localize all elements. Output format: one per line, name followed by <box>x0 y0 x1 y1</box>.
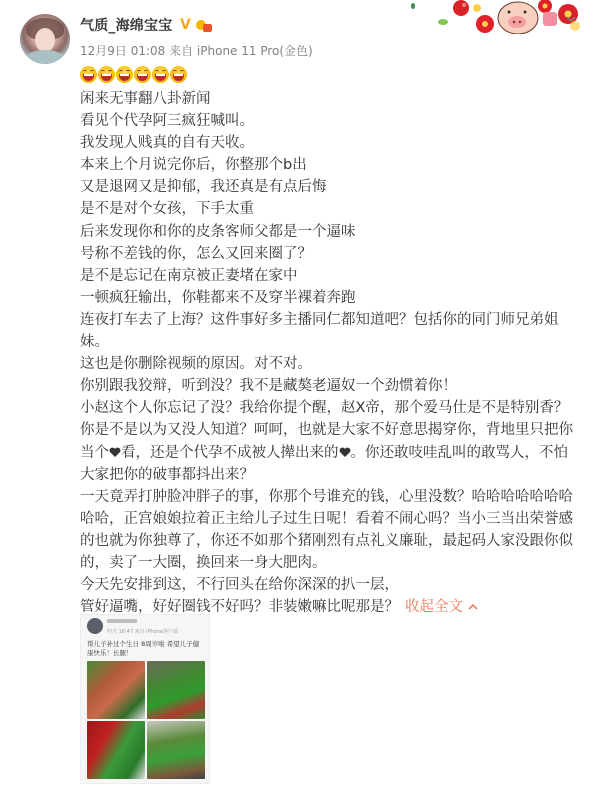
post-line: 看见个代孕阿三疯狂喊叫。 <box>80 110 580 132</box>
attached-screenshot-image[interactable]: 昨天 16:47 来自 iPhone客户端 帮儿子补过个生日 8周岁啦 希望儿子… <box>80 614 210 784</box>
black-heart-icon <box>339 447 351 458</box>
post-header: 气质_海绵宝宝 V <box>80 15 212 35</box>
avatar[interactable] <box>20 14 70 64</box>
pig-flower-decoration-icon <box>405 0 585 34</box>
party-photo <box>87 721 145 779</box>
post-line: 一顿疯狂输出，你鞋都来不及穿半裸着奔跑 <box>80 287 580 309</box>
verified-v-icon: V <box>178 18 192 32</box>
screenshot-meta: 昨天 16:47 来自 iPhone客户端 <box>107 628 178 635</box>
party-photo <box>87 661 145 719</box>
screenshot-text: 帮儿子补过个生日 8周岁啦 希望儿子健康快乐！长腿！ <box>87 640 205 658</box>
collapse-label: 收起全文 <box>405 599 463 615</box>
avatar-face <box>35 28 55 52</box>
chevron-up-icon <box>468 603 478 611</box>
member-badge-icon[interactable] <box>196 18 212 32</box>
laughing-emoji-icon <box>170 66 187 83</box>
laughing-emoji-icon <box>80 66 97 83</box>
black-heart-icon <box>109 447 121 458</box>
post-line: 又是退网又是抑郁，我还真是有点后悔 <box>80 176 580 198</box>
post-line: 是不是忘记在南京被正妻堵在家中 <box>80 265 580 287</box>
username[interactable]: 气质_海绵宝宝 <box>80 15 172 35</box>
emoji-row <box>80 66 187 83</box>
screenshot-photo-grid <box>87 661 205 779</box>
post-paragraph: 小赵这个人你忘记了没？我给你提个醒，赵X帝，那个爱马仕是不是特别香？你是不是以为… <box>80 397 580 485</box>
post-text-segment: 看，还是个代孕不成被人撵出来的 <box>121 445 339 461</box>
avatar-shirt <box>24 50 66 64</box>
post-line: 号称不差钱的你，怎么又回来圈了？ <box>80 243 580 265</box>
post-line: 连夜打车去了上海？这件事好多主播同仁都知道吧？包括你的同门师兄弟姐妹。 <box>80 309 580 353</box>
collapse-full-text-link[interactable]: 收起全文 <box>405 599 478 615</box>
post-line: 本来上个月说完你后，你整那个b出 <box>80 154 580 176</box>
post-text-segment: 管好逼嘴，好好圈钱不好吗？非装嫩嘛比呢那是？ <box>80 599 399 615</box>
laughing-emoji-icon <box>152 66 169 83</box>
laughing-emoji-icon <box>134 66 151 83</box>
laughing-emoji-icon <box>98 66 115 83</box>
post-line: 我发现人贱真的自有天收。 <box>80 132 580 154</box>
post-line: 今天先安排到这，不行回头在给你深深的扒一层， <box>80 574 580 596</box>
post-line: 闲来无事翻八卦新闻 <box>80 88 580 110</box>
post-line: 是不是对个女孩，下手太重 <box>80 198 580 220</box>
party-photo <box>147 721 205 779</box>
post-body: 闲来无事翻八卦新闻 看见个代孕阿三疯狂喊叫。 我发现人贱真的自有天收。 本来上个… <box>80 88 580 618</box>
post-line: 你别跟我狡辩，听到没？我不是藏獒老逼奴一个劲惯着你！ <box>80 375 580 397</box>
screenshot-username-blurred <box>107 619 137 623</box>
post-meta: 12月9日 01:08 来自 iPhone 11 Pro(金色) <box>80 42 313 59</box>
post-line: 后来发现你和你的皮条客师父都是一个逼味 <box>80 221 580 243</box>
post-line: 这也是你删除视频的原因。对不对。 <box>80 353 580 375</box>
laughing-emoji-icon <box>116 66 133 83</box>
party-photo <box>147 661 205 719</box>
chevron-down-icon[interactable] <box>566 14 576 24</box>
post-paragraph: 一天竟弄打肿脸冲胖子的事，你那个号谁充的钱，心里没数？哈哈哈哈哈哈哈哈哈，正宫娘… <box>80 486 580 574</box>
screenshot-avatar <box>87 618 103 634</box>
